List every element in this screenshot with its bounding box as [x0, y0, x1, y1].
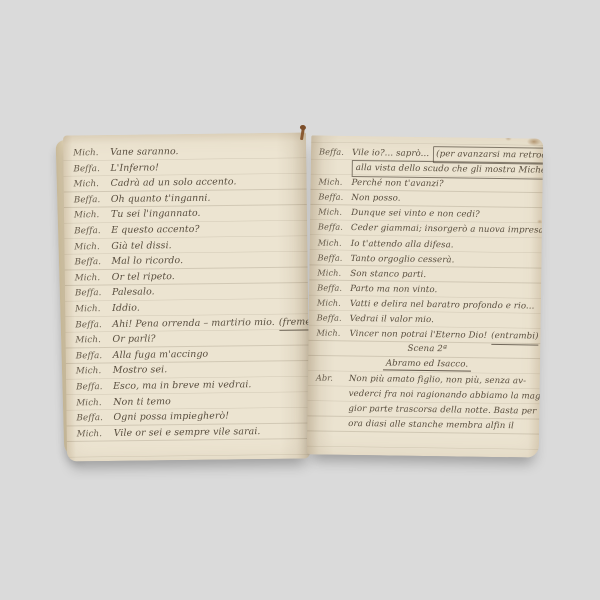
speaker-label: Beffa. [74, 224, 111, 240]
photo-background: Mich. Vane saranno. Beffa. L'Inferno! Mi… [0, 0, 600, 600]
manuscript-line: Mich. Vincer non potrai l'Eterno Dio! (e… [316, 326, 538, 344]
speaker-label: Beffa. [317, 250, 350, 266]
speaker-label: Beffa. [318, 220, 351, 236]
manuscript-line: Beffa. Tanto orgoglio cesserà. [317, 250, 539, 268]
speaker-label: Beffa. [75, 286, 112, 302]
speaker-label: Mich. [317, 295, 350, 311]
line-text: Non posso. [351, 191, 400, 207]
speaker-label: Mich. [316, 326, 349, 342]
left-page: Mich. Vane saranno. Beffa. L'Inferno! Mi… [63, 133, 310, 462]
line-text: Son stanco parti. [350, 267, 426, 283]
line-text: Non ti temo [113, 394, 171, 410]
line-text: Mal lo ricordo. [111, 253, 183, 269]
line-text: Vile or sei e sempre vile sarai. [114, 424, 261, 441]
line-text: Ahi! Pena orrenda – martirio mio. [112, 314, 275, 332]
stage-direction: (entrambi) [491, 329, 539, 346]
manuscript-notebook: Mich. Vane saranno. Beffa. L'Inferno! Mi… [60, 126, 538, 468]
manuscript-line: Mich. Son stanco parti. [317, 265, 539, 283]
speaker-label: Mich. [318, 205, 351, 221]
line-text: E questo accento? [111, 222, 200, 239]
manuscript-line: Beffa. Ceder giammai; insorgerò a nuova … [318, 220, 540, 238]
line-text: Parto ma non vinto. [350, 282, 437, 298]
line-text: Palesalo. [112, 285, 155, 301]
line-text: Vedrai il valor mio. [350, 312, 435, 328]
line-text: Oh quanto t'inganni. [111, 190, 211, 207]
manuscript-line: Beffa. Ahi! Pena orrenda – martirio mio.… [75, 314, 306, 332]
line-text: Tu sei l'ingannato. [111, 206, 201, 223]
speaker-label: Mich. [75, 302, 112, 318]
speaker-label: Beffa. [76, 411, 113, 427]
speaker-label: Beffa. [75, 317, 112, 333]
speaker-label: Mich. [75, 271, 112, 287]
speaker-label: Beffa. [74, 193, 111, 209]
speaker-label: Beffa. [74, 255, 111, 271]
left-page-text: Mich. Vane saranno. Beffa. L'Inferno! Mi… [73, 143, 308, 442]
line-text: Già tel dissi. [111, 238, 172, 254]
line-text: Or parli? [112, 332, 155, 348]
line-text: ora diasi alle stanche membra alfin il [348, 417, 514, 434]
speaker-label: Mich. [74, 208, 111, 224]
line-text: Mostro sei. [113, 363, 168, 379]
line-text: Iddio. [112, 301, 140, 317]
line-text: Perché non t'avanzi? [351, 176, 443, 192]
speaker-label: Beffa. [76, 349, 113, 365]
speaker-label: Beffa. [318, 190, 351, 206]
line-text: L'Inferno! [110, 160, 159, 176]
speaker-label: Mich. [74, 177, 111, 193]
line-text: Ogni possa impiegherò! [113, 409, 229, 426]
speaker-label: Mich. [75, 333, 112, 349]
speaker-label: Mich. [76, 395, 113, 411]
line-text: Dunque sei vinto e non cedi? [351, 206, 480, 223]
line-text: Cadrà ad un solo accento. [111, 175, 237, 192]
speaker-label: Beffa. [317, 280, 350, 296]
line-text: Io t'attendo alla difesa. [351, 237, 454, 254]
line-text: Esco, ma in breve mi vedrai. [113, 377, 252, 394]
manuscript-line: Beffa. Non posso. [318, 190, 540, 208]
speaker-label: Beffa. [317, 311, 350, 327]
speaker-label: Abr. [316, 371, 349, 387]
manuscript-line: ora diasi alle stanche membra alfin il [315, 416, 537, 434]
speaker-label: Mich. [318, 235, 351, 251]
stage-direction: (freme) [279, 314, 310, 331]
line-text: Scena 2ª [407, 344, 447, 355]
speaker-label: Mich. [318, 175, 351, 191]
line-text: Alla fuga m'accingo [113, 346, 209, 363]
speaker-label: Mich. [317, 265, 350, 281]
speaker-label: Mich. [74, 239, 111, 255]
line-text: Or tel ripeto. [112, 269, 175, 285]
manuscript-line: Beffa. Parto ma non vinto. [317, 280, 539, 298]
manuscript-line: Mich. Vatti e delira nel baratro profond… [317, 295, 539, 313]
right-page: Beffa. Vile io?... saprò... (per avanzar… [307, 135, 543, 457]
manuscript-line: alla vista dello scudo che gli mostra Mi… [319, 160, 541, 178]
speaker-label: Mich. [76, 364, 113, 380]
line-text: Tanto orgoglio cesserà. [350, 252, 454, 269]
line-text: Vane saranno. [110, 144, 179, 160]
speaker-label: Beffa. [76, 380, 113, 396]
right-page-text: Beffa. Vile io?... saprò... (per avanzar… [315, 145, 541, 435]
speaker-label: Beffa. [73, 162, 110, 178]
manuscript-line: Mich. Dunque sei vinto e non cedi? [318, 205, 540, 223]
line-text: Abramo ed Isacco. [383, 359, 471, 372]
speaker-label: Mich. [77, 427, 114, 443]
speaker-label: Beffa. [319, 145, 352, 161]
manuscript-line: Mich. Vile or sei e sempre vile sarai. [77, 423, 308, 441]
speaker-label: Mich. [73, 146, 110, 162]
